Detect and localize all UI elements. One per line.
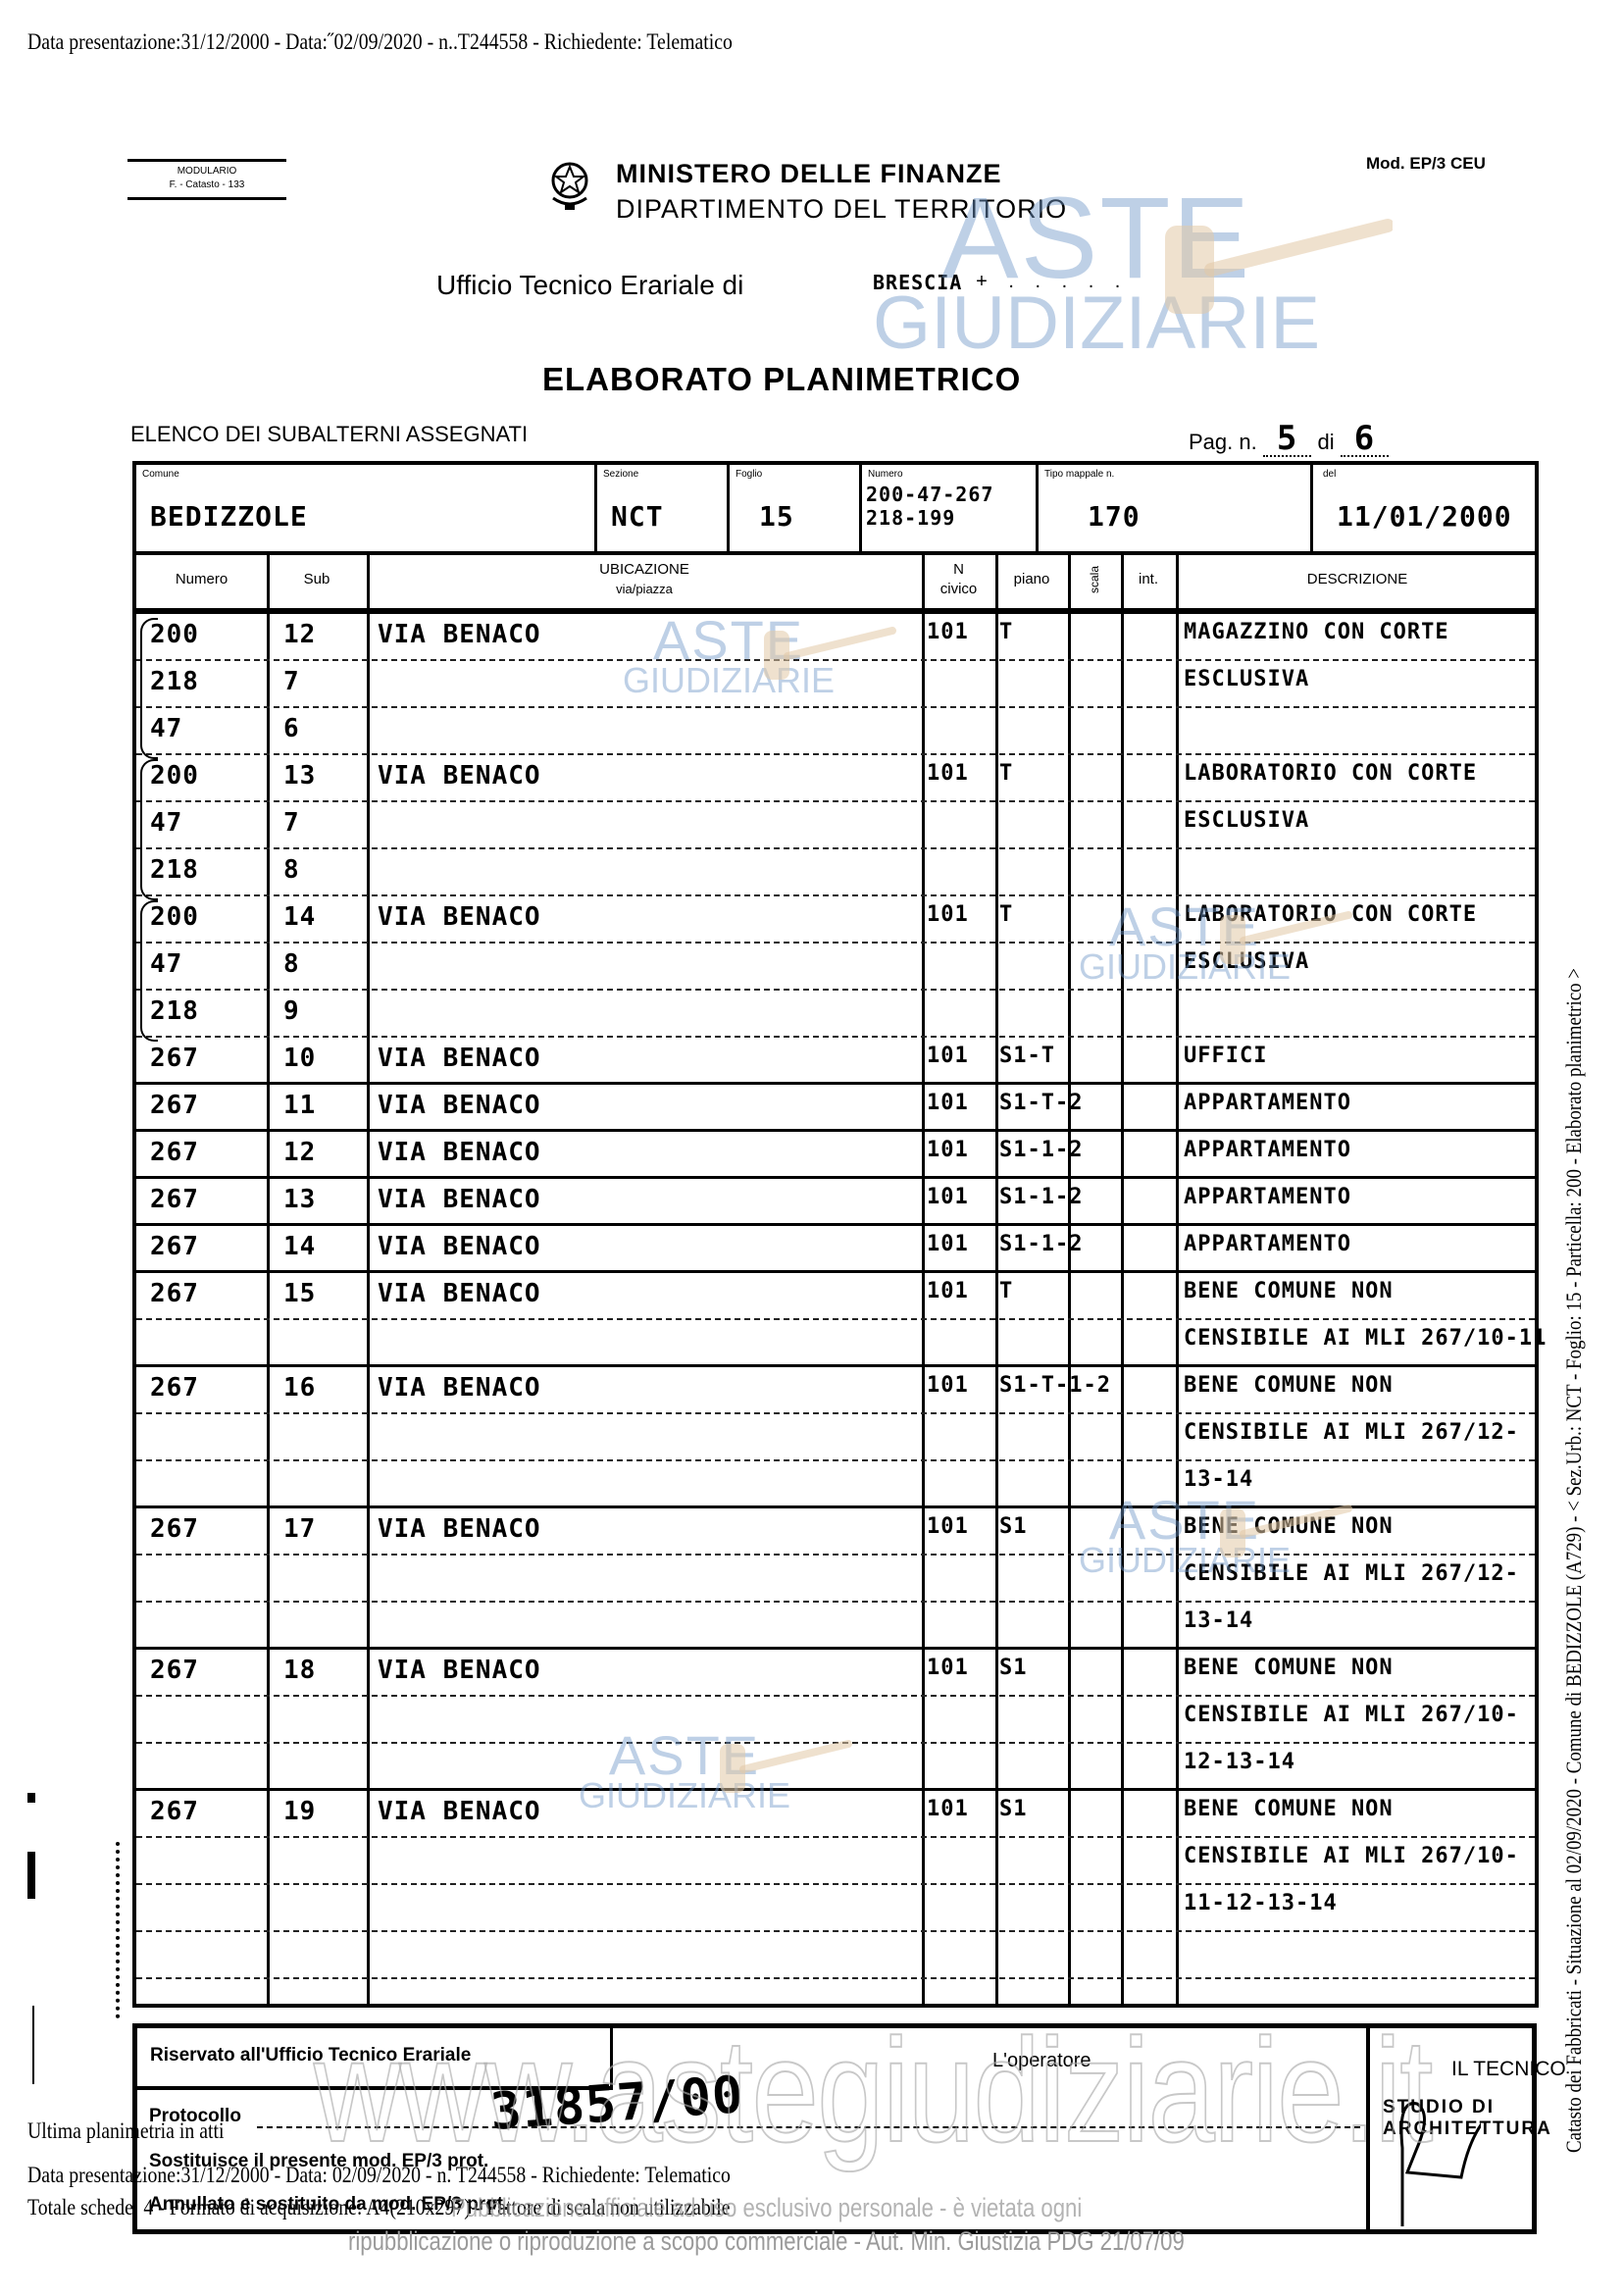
cell-sub: 16 bbox=[283, 1373, 316, 1403]
col-header-numero: Numero bbox=[136, 551, 267, 614]
cell-via: VIA BENACO bbox=[378, 1044, 541, 1073]
cell-civico: 101 bbox=[927, 1373, 969, 1398]
cell-sub: 15 bbox=[283, 1279, 316, 1308]
modulario-box: MODULARIO F. - Catasto - 133 bbox=[127, 159, 286, 200]
cell-sub: 14 bbox=[283, 1232, 316, 1261]
cell-civico: 101 bbox=[927, 761, 969, 786]
cell-civico: 101 bbox=[927, 1514, 969, 1539]
cell-piano: T bbox=[999, 620, 1013, 644]
page-label: Pag. n. bbox=[1189, 430, 1257, 454]
col-header-scala: scala bbox=[1068, 551, 1121, 614]
col-header-piano-label: piano bbox=[1014, 570, 1050, 589]
cell-piano: S1 bbox=[999, 1797, 1028, 1821]
cell-numero: 267 bbox=[150, 1232, 199, 1261]
col-header-civico-n: N bbox=[953, 560, 964, 580]
cell-numero: 267 bbox=[150, 1797, 199, 1826]
col-header-scala-label: scala bbox=[1085, 566, 1104, 593]
col-header-int-label: int. bbox=[1139, 570, 1158, 589]
table-row: 26710VIA BENACO101S1-TUFFICI bbox=[136, 1038, 1535, 1085]
table-row bbox=[136, 1932, 1535, 1979]
cell-civico: 101 bbox=[927, 1797, 969, 1821]
numero-value: 200-47-267 218-199 bbox=[866, 483, 993, 530]
model-code: Mod. EP/3 CEU bbox=[1366, 154, 1486, 174]
cell-descrizione: CENSIBILE AI MLI 267/10-11 bbox=[1184, 1326, 1547, 1351]
cell-descrizione: 11-12-13-14 bbox=[1184, 1891, 1338, 1915]
table-row: 20013VIA BENACO101TLABORATORIO CON CORTE bbox=[136, 755, 1535, 802]
col-header-int: int. bbox=[1121, 551, 1176, 614]
comune-label: Comune bbox=[142, 469, 179, 480]
cell-sub: 14 bbox=[283, 902, 316, 932]
cell-descrizione: BENE COMUNE NON bbox=[1184, 1797, 1394, 1821]
table-row: CENSIBILE AI MLI 267/10- bbox=[136, 1838, 1535, 1885]
cell-via: VIA BENACO bbox=[378, 1091, 541, 1120]
gavel-icon bbox=[760, 623, 897, 691]
gavel-icon bbox=[1157, 211, 1393, 329]
cell-sub: 19 bbox=[283, 1797, 316, 1826]
cell-piano: S1-T-2 bbox=[999, 1091, 1083, 1115]
cell-sub: 13 bbox=[283, 761, 316, 791]
document-title: ELABORATO PLANIMETRICO bbox=[542, 361, 1021, 398]
page-number: 5 bbox=[1263, 422, 1311, 457]
gavel-icon bbox=[716, 1736, 853, 1805]
cell-descrizione: BENE COMUNE NON bbox=[1184, 1656, 1394, 1680]
cell-numero: 267 bbox=[150, 1138, 199, 1167]
parcel-info-grid: Comune BEDIZZOLE Sezione NCT Foglio 15 N… bbox=[132, 461, 1539, 555]
cell-descrizione: 13-14 bbox=[1184, 1608, 1253, 1633]
del-label: del bbox=[1323, 469, 1336, 480]
col-header-civico-label: civico bbox=[940, 580, 978, 599]
cell-sub: 13 bbox=[283, 1185, 316, 1214]
cell-piano: S1 bbox=[999, 1514, 1028, 1539]
cell-via: VIA BENACO bbox=[378, 1656, 541, 1685]
group-brace bbox=[140, 759, 158, 900]
cell-descrizione: UFFICI bbox=[1184, 1044, 1267, 1068]
cell-sub: 8 bbox=[283, 949, 300, 979]
cell-via: VIA BENACO bbox=[378, 620, 541, 649]
table-row: CENSIBILE AI MLI 267/10-11 bbox=[136, 1320, 1535, 1367]
table-row: 26713VIA BENACO101S1-1-2APPARTAMENTO bbox=[136, 1179, 1535, 1226]
cell-via: VIA BENACO bbox=[378, 1797, 541, 1826]
col-header-ubicazione: UBICAZIONE via/piazza bbox=[367, 551, 922, 614]
del-cell: del 11/01/2000 bbox=[1313, 465, 1535, 551]
foglio-value: 15 bbox=[759, 500, 794, 533]
comune-value: BEDIZZOLE bbox=[150, 500, 308, 533]
cell-civico: 101 bbox=[927, 1138, 969, 1162]
cell-civico: 101 bbox=[927, 1279, 969, 1303]
tipo-mappale-value: 170 bbox=[1088, 500, 1141, 533]
cell-descrizione: CENSIBILE AI MLI 267/10- bbox=[1184, 1844, 1519, 1868]
cell-descrizione: MAGAZZINO CON CORTE bbox=[1184, 620, 1449, 644]
col-header-numero-label: Numero bbox=[176, 570, 228, 589]
page-total: 6 bbox=[1341, 422, 1389, 457]
col-header-descrizione: DESCRIZIONE bbox=[1176, 551, 1539, 614]
cell-sub: 6 bbox=[283, 714, 300, 743]
cell-civico: 101 bbox=[927, 1232, 969, 1256]
table-row: 477ESCLUSIVA bbox=[136, 802, 1535, 849]
numero-label: Numero bbox=[868, 469, 903, 480]
modulario-code: F. - Catasto - 133 bbox=[127, 179, 286, 192]
col-header-sub-label: Sub bbox=[304, 570, 330, 589]
presentation-data-line: Data presentazione:31/12/2000 - Data: 02… bbox=[27, 2163, 731, 2188]
scan-mark bbox=[116, 1842, 124, 2018]
group-brace bbox=[140, 900, 158, 1042]
cell-civico: 101 bbox=[927, 1044, 969, 1068]
list-title: ELENCO DEI SUBALTERNI ASSEGNATI bbox=[130, 422, 528, 447]
side-caption: Catasto dei Fabbricati - Situazione al 0… bbox=[1561, 968, 1587, 2153]
cell-sub: 11 bbox=[283, 1091, 316, 1120]
comune-cell: Comune BEDIZZOLE bbox=[136, 465, 597, 551]
modulario-label: MODULARIO bbox=[127, 165, 286, 179]
cell-sub: 9 bbox=[283, 996, 300, 1026]
table-row: 26716VIA BENACO101S1-T-1-2BENE COMUNE NO… bbox=[136, 1367, 1535, 1414]
cell-sub: 18 bbox=[283, 1656, 316, 1685]
group-brace bbox=[140, 618, 158, 759]
cell-via: VIA BENACO bbox=[378, 902, 541, 932]
cell-sub: 7 bbox=[283, 667, 300, 696]
cell-sub: 10 bbox=[283, 1044, 316, 1073]
cell-descrizione: ESCLUSIVA bbox=[1184, 667, 1309, 691]
col-header-sub: Sub bbox=[267, 551, 367, 614]
scan-mark bbox=[32, 2006, 34, 2084]
office-label: Ufficio Tecnico Erariale di bbox=[436, 270, 743, 301]
cell-civico: 101 bbox=[927, 1185, 969, 1209]
cell-via: VIA BENACO bbox=[378, 761, 541, 791]
table-row: 13-14 bbox=[136, 1603, 1535, 1650]
cell-numero: 267 bbox=[150, 1279, 199, 1308]
site-watermark: www.astegiudiziarie.it bbox=[314, 2006, 1432, 2175]
cell-piano: S1 bbox=[999, 1656, 1028, 1680]
col-header-descrizione-label: DESCRIZIONE bbox=[1307, 570, 1408, 589]
gavel-icon bbox=[1216, 1501, 1353, 1569]
cell-piano: S1-1-2 bbox=[999, 1232, 1083, 1256]
sezione-cell: Sezione NCT bbox=[597, 465, 730, 551]
cell-descrizione: ESCLUSIVA bbox=[1184, 808, 1309, 833]
cell-via: VIA BENACO bbox=[378, 1514, 541, 1544]
cell-civico: 101 bbox=[927, 620, 969, 644]
cell-civico: 101 bbox=[927, 902, 969, 927]
col-header-ubicazione-label: UBICAZIONE bbox=[599, 560, 689, 580]
col-header-piano: piano bbox=[995, 551, 1068, 614]
tecnico-label: IL TECNICO bbox=[1451, 2058, 1566, 2081]
sezione-value: NCT bbox=[611, 500, 664, 533]
publication-note: Pubblicazione ufficiale ad uso esclusivo… bbox=[451, 2193, 1082, 2223]
cell-via: VIA BENACO bbox=[378, 1185, 541, 1214]
cell-piano: T bbox=[999, 1279, 1013, 1303]
table-row: 2189 bbox=[136, 991, 1535, 1038]
cell-piano: S1-1-2 bbox=[999, 1138, 1083, 1162]
cell-sub: 12 bbox=[283, 1138, 316, 1167]
cell-numero: 267 bbox=[150, 1044, 199, 1073]
cell-descrizione: BENE COMUNE NON bbox=[1184, 1373, 1394, 1398]
del-value: 11/01/2000 bbox=[1337, 500, 1512, 533]
cell-piano: T bbox=[999, 902, 1013, 927]
cell-descrizione: APPARTAMENTO bbox=[1184, 1232, 1351, 1256]
table-row: 26718VIA BENACO101S1BENE COMUNE NON bbox=[136, 1650, 1535, 1697]
col-header-civico: N civico bbox=[922, 551, 995, 614]
tipo-mappale-label: Tipo mappale n. bbox=[1044, 469, 1114, 480]
table-row: 26711VIA BENACO101S1-T-2APPARTAMENTO bbox=[136, 1085, 1535, 1132]
cell-via: VIA BENACO bbox=[378, 1373, 541, 1403]
cell-descrizione: CENSIBILE AI MLI 267/12- bbox=[1184, 1420, 1519, 1445]
numero-value-line2: 218-199 bbox=[866, 506, 993, 530]
cell-piano: S1-1-2 bbox=[999, 1185, 1083, 1209]
table-row: 11-12-13-14 bbox=[136, 1885, 1535, 1932]
table-row: 26714VIA BENACO101S1-1-2APPARTAMENTO bbox=[136, 1226, 1535, 1273]
foglio-cell: Foglio 15 bbox=[730, 465, 862, 551]
cell-sub: 7 bbox=[283, 808, 300, 838]
cell-sub: 12 bbox=[283, 620, 316, 649]
cell-civico: 101 bbox=[927, 1656, 969, 1680]
cell-numero: 267 bbox=[150, 1514, 199, 1544]
cell-descrizione: CENSIBILE AI MLI 267/10- bbox=[1184, 1703, 1519, 1727]
cell-numero: 267 bbox=[150, 1091, 199, 1120]
table-row: 26712VIA BENACO101S1-1-2APPARTAMENTO bbox=[136, 1132, 1535, 1179]
tipo-mappale-cell: Tipo mappale n. 170 bbox=[1039, 465, 1313, 551]
italian-emblem-icon bbox=[545, 155, 594, 212]
foglio-label: Foglio bbox=[736, 469, 762, 480]
sezione-label: Sezione bbox=[603, 469, 638, 480]
cell-via: VIA BENACO bbox=[378, 1138, 541, 1167]
cell-descrizione: LABORATORIO CON CORTE bbox=[1184, 761, 1477, 786]
cell-descrizione: APPARTAMENTO bbox=[1184, 1138, 1351, 1162]
table-row: CENSIBILE AI MLI 267/12- bbox=[136, 1414, 1535, 1461]
table-row: 26715VIA BENACO101TBENE COMUNE NON bbox=[136, 1273, 1535, 1320]
cell-civico: 101 bbox=[927, 1091, 969, 1115]
table-row: 476 bbox=[136, 708, 1535, 755]
cell-piano: T bbox=[999, 761, 1013, 786]
cell-numero: 267 bbox=[150, 1656, 199, 1685]
gavel-icon bbox=[1216, 907, 1353, 976]
cell-numero: 267 bbox=[150, 1373, 199, 1403]
scan-mark bbox=[27, 1793, 35, 1803]
cell-descrizione: 12-13-14 bbox=[1184, 1750, 1295, 1774]
cell-sub: 17 bbox=[283, 1514, 316, 1544]
submission-header-line: Data presentazione:31/12/2000 - Data:˝02… bbox=[27, 29, 733, 55]
cell-piano: S1-T-1-2 bbox=[999, 1373, 1111, 1398]
scan-mark bbox=[27, 1852, 35, 1899]
cell-numero: 267 bbox=[150, 1185, 199, 1214]
cell-sub: 8 bbox=[283, 855, 300, 885]
cell-via: VIA BENACO bbox=[378, 1232, 541, 1261]
col-header-ubicazione-sublabel: via/piazza bbox=[616, 580, 673, 599]
cell-descrizione: APPARTAMENTO bbox=[1184, 1185, 1351, 1209]
last-plan-note: Ultima planimetria in atti bbox=[27, 2118, 225, 2144]
table-row: 2188 bbox=[136, 849, 1535, 896]
cell-descrizione: BENE COMUNE NON bbox=[1184, 1279, 1394, 1303]
cell-via: VIA BENACO bbox=[378, 1279, 541, 1308]
cell-descrizione: APPARTAMENTO bbox=[1184, 1091, 1351, 1115]
republication-note: ripubblicazione o riproduzione a scopo c… bbox=[348, 2226, 1185, 2257]
numero-value-line1: 200-47-267 bbox=[866, 483, 993, 506]
numero-cell: Numero 200-47-267 218-199 bbox=[862, 465, 1039, 551]
page-indicator: Pag. n. 5 di 6 bbox=[1189, 422, 1389, 457]
page-of-label: di bbox=[1317, 430, 1334, 454]
cell-piano: S1-T bbox=[999, 1044, 1055, 1068]
